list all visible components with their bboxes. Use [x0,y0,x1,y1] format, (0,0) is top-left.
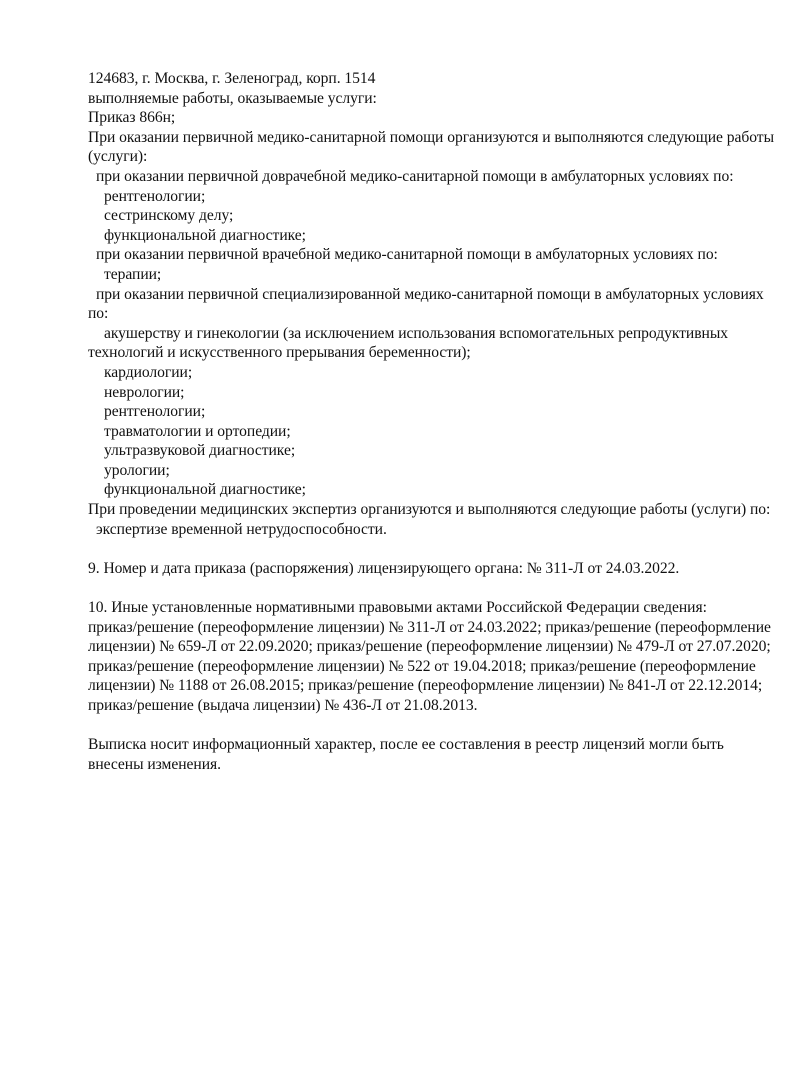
disclaimer: Выписка носит информационный характер, п… [88,735,778,774]
service-item: ультразвуковой диагностике; [88,441,778,461]
service-item: неврологии; [88,383,778,403]
section-10-title: 10. Иные установленные нормативными прав… [88,598,778,618]
service-item: акушерству и гинекологии (за исключением… [88,324,778,363]
section-9: 9. Номер и дата приказа (распоряжения) л… [88,559,778,579]
section-10-body: приказ/решение (переоформление лицензии)… [88,618,778,716]
service-item: кардиологии; [88,363,778,383]
spacer [88,578,778,598]
service-group-title: при оказании первичной врачебной медико-… [88,245,778,265]
service-item: урологии; [88,461,778,481]
services-intro: При оказании первичной медико-санитарной… [88,128,778,167]
service-item: терапии; [88,265,778,285]
service-item: функциональной диагностике; [88,226,778,246]
service-group-title: при оказании первичной доврачебной медик… [88,167,778,187]
service-group-prevrach: при оказании первичной доврачебной медик… [88,167,778,245]
service-group-vrach: при оказании первичной врачебной медико-… [88,245,778,284]
document-page: 124683, г. Москва, г. Зеленоград, корп. … [88,69,778,774]
address-line: 124683, г. Москва, г. Зеленоград, корп. … [88,69,778,89]
service-group-special: при оказании первичной специализированно… [88,285,778,501]
expertise-item: экспертизе временной нетрудоспособности. [88,520,778,540]
service-item: сестринскому делу; [88,206,778,226]
expertise-intro: При проведении медицинских экспертиз орг… [88,500,778,520]
order-reference: Приказ 866н; [88,108,778,128]
service-item: функциональной диагностике; [88,480,778,500]
service-group-title: при оказании первичной специализированно… [88,285,778,324]
spacer [88,716,778,736]
spacer [88,539,778,559]
service-item: рентгенологии; [88,187,778,207]
service-item: травматологии и ортопедии; [88,422,778,442]
works-services-label: выполняемые работы, оказываемые услуги: [88,89,778,109]
service-item: рентгенологии; [88,402,778,422]
